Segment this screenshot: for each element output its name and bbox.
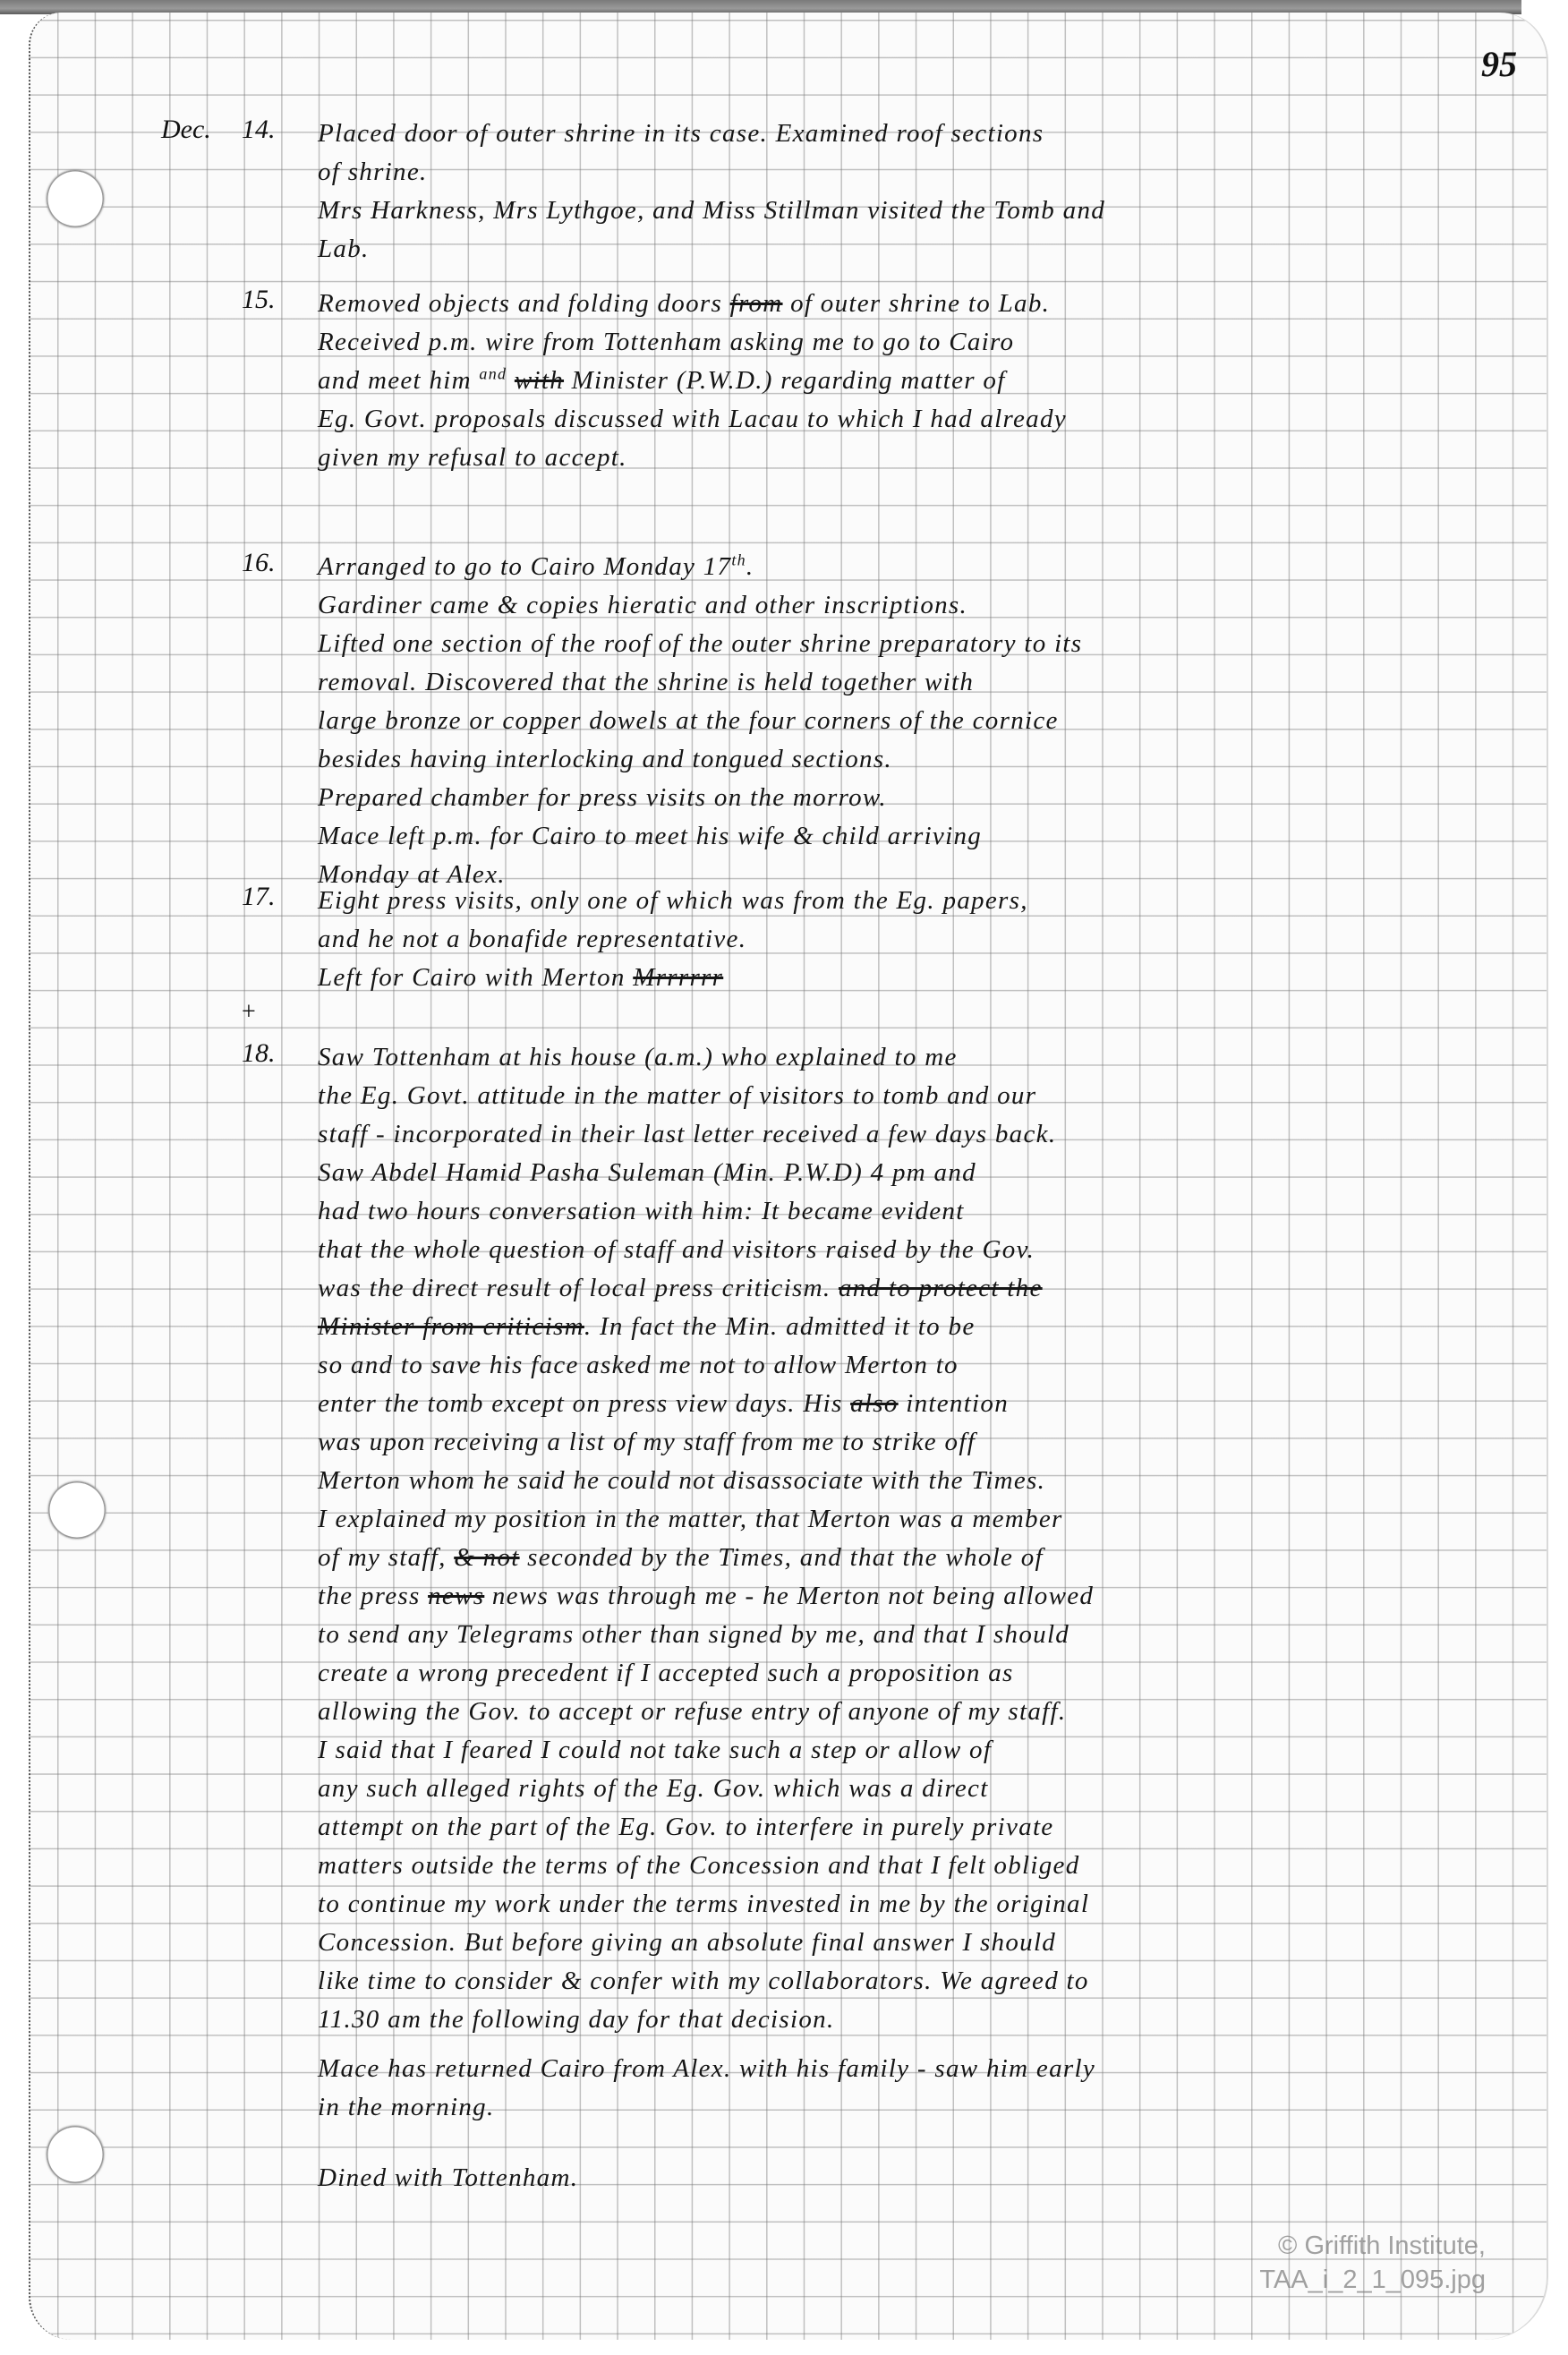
handwritten-line: to continue my work under the terms inve… — [318, 1885, 1508, 1924]
handwritten-line: large bronze or copper dowels at the fou… — [318, 702, 1508, 740]
text-segment: create a wrong precedent if I accepted s… — [318, 1659, 1014, 1687]
handwritten-line: Mrs Harkness, Mrs Lythgoe, and Miss Stil… — [318, 192, 1508, 230]
text-segment: was the direct result of local press cri… — [318, 1274, 839, 1302]
handwritten-line: and he not a bonafide representative. — [318, 920, 1508, 959]
handwritten-line: attempt on the part of the Eg. Gov. to i… — [318, 1808, 1508, 1847]
text-segment: Gardiner came & copies hieratic and othe… — [318, 591, 967, 619]
handwritten-line: of shrine. — [318, 153, 1508, 192]
text-segment: to send any Telegrams other than signed … — [318, 1620, 1069, 1649]
entry-date: 14. — [242, 115, 276, 145]
text-segment: and meet him — [318, 366, 479, 395]
handwritten-line: removal. Discovered that the shrine is h… — [318, 663, 1508, 702]
text-segment: and he not a bonafide representative. — [318, 925, 746, 953]
text-segment: besides having interlocking and tongued … — [318, 745, 892, 773]
text-segment: Lifted one section of the roof of the ou… — [318, 629, 1082, 658]
handwritten-line: of my staff, & not seconded by the Times… — [318, 1539, 1508, 1577]
text-segment: removal. Discovered that the shrine is h… — [318, 668, 974, 696]
struck-out-text: with — [515, 366, 564, 395]
text-segment: the press — [318, 1582, 428, 1610]
text-segment: matters outside the terms of the Concess… — [318, 1851, 1080, 1880]
text-segment: of my staff, — [318, 1543, 454, 1572]
entry-text: Arranged to go to Cairo Monday 17th.Gard… — [318, 548, 1508, 894]
text-segment: attempt on the part of the Eg. Gov. to i… — [318, 1813, 1053, 1841]
handwritten-line: had two hours conversation with him: It … — [318, 1192, 1508, 1231]
handwritten-line: Prepared chamber for press visits on the… — [318, 779, 1508, 817]
text-segment: Mrs Harkness, Mrs Lythgoe, and Miss Stil… — [318, 196, 1105, 225]
struck-out-text: & not — [454, 1543, 519, 1572]
text-segment: Saw Abdel Hamid Pasha Suleman (Min. P.W.… — [318, 1158, 976, 1187]
struck-out-text: also — [850, 1389, 899, 1418]
text-segment: Received p.m. wire from Tottenham asking… — [318, 328, 1014, 356]
handwritten-line: Dined with Tottenham. — [318, 2159, 1508, 2197]
handwritten-line: Placed door of outer shrine in its case.… — [318, 115, 1508, 153]
handwritten-line: the Eg. Govt. attitude in the matter of … — [318, 1077, 1508, 1115]
handwritten-line: besides having interlocking and tongued … — [318, 740, 1508, 779]
handwritten-line: Removed objects and folding doors from o… — [318, 285, 1508, 323]
copyright-watermark: © Griffith Institute, TAA_i_2_1_095.jpg — [1163, 2229, 1486, 2297]
margin-cross-mark: + — [242, 998, 256, 1027]
entry-text: Removed objects and folding doors from o… — [318, 285, 1508, 477]
text-segment: seconded by the Times, and that the whol… — [520, 1543, 1044, 1572]
text-segment: of shrine. — [318, 158, 428, 186]
superscript-insertion: th — [731, 550, 746, 568]
entry-date: 16. — [242, 548, 276, 578]
text-segment: like time to consider & confer with my c… — [318, 1967, 1089, 1995]
handwritten-line: Concession. But before giving an absolut… — [318, 1924, 1508, 1962]
text-segment: in the morning. — [318, 2093, 495, 2121]
handwritten-line: Saw Abdel Hamid Pasha Suleman (Min. P.W.… — [318, 1154, 1508, 1192]
text-segment: Lab. — [318, 235, 370, 263]
entry-date: 17. — [242, 882, 276, 912]
handwritten-line: I said that I feared I could not take su… — [318, 1731, 1508, 1770]
entry-text: Placed door of outer shrine in its case.… — [318, 115, 1508, 269]
text-segment: . — [746, 552, 754, 581]
handwritten-line: and meet him and with Minister (P.W.D.) … — [318, 362, 1508, 400]
handwritten-line: Saw Tottenham at his house (a.m.) who ex… — [318, 1038, 1508, 1077]
handwritten-line: Mace left p.m. for Cairo to meet his wif… — [318, 817, 1508, 856]
struck-out-text: Mrrrrrr — [633, 963, 723, 992]
text-segment: allowing the Gov. to accept or refuse en… — [318, 1697, 1066, 1726]
text-segment: Placed door of outer shrine in its case.… — [318, 119, 1044, 148]
text-segment: was upon receiving a list of my staff fr… — [318, 1428, 976, 1456]
struck-out-text: from — [730, 289, 783, 318]
binder-hole-bottom — [47, 2126, 104, 2183]
text-segment: Mace has returned Cairo from Alex. with … — [318, 2054, 1095, 2083]
text-segment: Eight press visits, only one of which wa… — [318, 886, 1028, 915]
text-segment: Dined with Tottenham. — [318, 2163, 578, 2192]
handwritten-line: that the whole question of staff and vis… — [318, 1231, 1508, 1269]
handwritten-line: was upon receiving a list of my staff fr… — [318, 1423, 1508, 1462]
entry-text: Mace has returned Cairo from Alex. with … — [318, 2050, 1508, 2127]
handwritten-line: Minister from criticism. In fact the Min… — [318, 1308, 1508, 1346]
handwritten-line: matters outside the terms of the Concess… — [318, 1847, 1508, 1885]
text-segment: enter the tomb except on press view days… — [318, 1389, 850, 1418]
text-segment: staff - incorporated in their last lette… — [318, 1120, 1056, 1148]
handwritten-line: Lifted one section of the roof of the ou… — [318, 625, 1508, 663]
handwritten-line: Received p.m. wire from Tottenham asking… — [318, 323, 1508, 362]
watermark-line-1: © Griffith Institute, — [1163, 2229, 1486, 2263]
handwritten-line: Arranged to go to Cairo Monday 17th. — [318, 548, 1508, 586]
text-segment: 11.30 am the following day for that deci… — [318, 2005, 835, 2034]
handwritten-line: Merton whom he said he could not disasso… — [318, 1462, 1508, 1500]
text-segment: the Eg. Govt. attitude in the matter of … — [318, 1081, 1036, 1110]
text-segment: I explained my position in the matter, t… — [318, 1505, 1063, 1533]
text-segment: to continue my work under the terms inve… — [318, 1890, 1089, 1918]
text-segment: had two hours conversation with him: It … — [318, 1197, 965, 1225]
text-segment: Left for Cairo with Merton — [318, 963, 633, 992]
handwritten-line: given my refusal to accept. — [318, 439, 1508, 477]
page-number: 95 — [1481, 43, 1517, 85]
text-segment: Eg. Govt. proposals discussed with Lacau… — [318, 405, 1067, 433]
handwritten-line: any such alleged rights of the Eg. Gov. … — [318, 1770, 1508, 1808]
handwritten-line: allowing the Gov. to accept or refuse en… — [318, 1693, 1508, 1731]
struck-out-text: news — [428, 1582, 484, 1610]
text-segment: Arranged to go to Cairo Monday 17 — [318, 552, 731, 581]
handwritten-line: so and to save his face asked me not to … — [318, 1346, 1508, 1385]
superscript-insertion: and — [479, 364, 507, 382]
text-segment: intention — [899, 1389, 1009, 1418]
handwritten-line: I explained my position in the matter, t… — [318, 1500, 1508, 1539]
handwritten-line: Eight press visits, only one of which wa… — [318, 882, 1508, 920]
text-segment: news was through me - he Merton not bein… — [484, 1582, 1094, 1610]
month-label: Dec. — [161, 115, 211, 145]
text-segment — [507, 366, 515, 395]
handwritten-line: 11.30 am the following day for that deci… — [318, 2001, 1508, 2039]
text-segment: Concession. But before giving an absolut… — [318, 1928, 1056, 1957]
entry-text: Dined with Tottenham. — [318, 2159, 1508, 2197]
handwritten-line: to send any Telegrams other than signed … — [318, 1616, 1508, 1654]
text-segment: any such alleged rights of the Eg. Gov. … — [318, 1774, 989, 1803]
handwritten-line: the press news news was through me - he … — [318, 1577, 1508, 1616]
text-segment: Minister (P.W.D.) regarding matter of — [564, 366, 1006, 395]
handwritten-line: Eg. Govt. proposals discussed with Lacau… — [318, 400, 1508, 439]
text-segment: given my refusal to accept. — [318, 443, 627, 472]
binder-hole-top — [47, 170, 104, 227]
struck-out-text: and to protect the — [839, 1274, 1043, 1302]
text-segment: Removed objects and folding doors — [318, 289, 730, 318]
text-segment: Prepared chamber for press visits on the… — [318, 783, 887, 812]
text-segment: I said that I feared I could not take su… — [318, 1736, 992, 1764]
text-segment: Mace left p.m. for Cairo to meet his wif… — [318, 822, 982, 850]
text-segment: large bronze or copper dowels at the fou… — [318, 706, 1059, 735]
entry-date: 15. — [242, 285, 276, 315]
handwritten-line: in the morning. — [318, 2088, 1508, 2127]
entry-text: Eight press visits, only one of which wa… — [318, 882, 1508, 997]
text-segment: . In fact the Min. admitted it to be — [584, 1312, 976, 1341]
text-segment: Saw Tottenham at his house (a.m.) who ex… — [318, 1043, 958, 1071]
handwritten-line: like time to consider & confer with my c… — [318, 1962, 1508, 2001]
text-segment: of outer shrine to Lab. — [783, 289, 1051, 318]
entry-text: Saw Tottenham at his house (a.m.) who ex… — [318, 1038, 1508, 2039]
text-segment: so and to save his face asked me not to … — [318, 1351, 959, 1379]
handwritten-line: create a wrong precedent if I accepted s… — [318, 1654, 1508, 1693]
entry-date: 18. — [242, 1038, 276, 1069]
handwritten-line: Left for Cairo with Merton Mrrrrrr — [318, 959, 1508, 997]
handwritten-line: Lab. — [318, 230, 1508, 269]
handwritten-line: staff - incorporated in their last lette… — [318, 1115, 1508, 1154]
text-segment: that the whole question of staff and vis… — [318, 1235, 1035, 1264]
handwritten-line: Gardiner came & copies hieratic and othe… — [318, 586, 1508, 625]
watermark-line-2: TAA_i_2_1_095.jpg — [1163, 2263, 1486, 2297]
binder-hole-middle — [48, 1481, 106, 1539]
handwritten-line: was the direct result of local press cri… — [318, 1269, 1508, 1308]
handwritten-line: Mace has returned Cairo from Alex. with … — [318, 2050, 1508, 2088]
text-segment: Merton whom he said he could not disasso… — [318, 1466, 1045, 1495]
handwritten-line: enter the tomb except on press view days… — [318, 1385, 1508, 1423]
struck-out-text: Minister from criticism — [318, 1312, 584, 1341]
